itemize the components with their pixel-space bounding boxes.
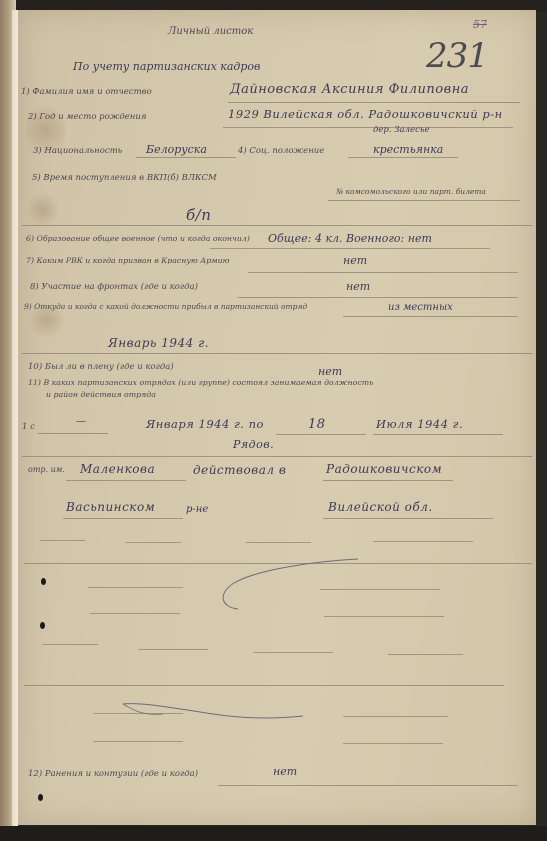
field-11-district2: Васьпинском [66, 500, 155, 514]
field-11-from-day-line [38, 433, 108, 434]
field-4-value: крестьянка [373, 143, 443, 156]
field-11-region-line [323, 518, 493, 519]
blank-line [343, 716, 448, 717]
blank-line [343, 743, 443, 744]
field-11-to-line [373, 434, 503, 435]
field-7-value: нет [343, 254, 367, 267]
field-6-line [210, 248, 490, 249]
field-11-district2-line [63, 518, 183, 519]
punch-hole [41, 578, 46, 585]
blank-line [373, 541, 473, 542]
field-12-label: 12) Ранения и контузии (где и когда) [28, 769, 198, 779]
field-8-line [238, 297, 518, 298]
archive-number-struck: 57 [473, 18, 487, 31]
field-11-role: Рядов. [233, 438, 274, 451]
field-1-label: 1) Фамилия имя и отчество [21, 87, 152, 97]
field-1-value: Дайновская Аксиния Филиповна [230, 82, 469, 97]
field-9-label: 9) Откуда и когда с какой должности приб… [24, 302, 307, 311]
blank-line [93, 741, 183, 742]
document-title: Личный листок [168, 26, 253, 37]
field-11-to-month-year: Июля 1944 г. [376, 417, 463, 431]
field-12-value: нет [273, 765, 297, 778]
document-subtitle: По учету партизанских кадров [73, 60, 260, 73]
field-2-value-line2: дер. Залесье [373, 125, 430, 135]
field-3-label: 3) Национальность [33, 146, 122, 156]
section-divider-2 [22, 353, 532, 354]
pen-stroke-curve [198, 555, 378, 615]
blank-line [126, 542, 181, 543]
field-4-line [348, 157, 458, 158]
blank-line [88, 587, 183, 588]
field-1-line [228, 102, 520, 103]
blank-line [40, 540, 85, 541]
field-9-value: из местных [388, 302, 453, 313]
field-9-value-line2: Январь 1944 г. [108, 336, 209, 350]
document-page: Личный листок 57 231 По учету партизанск… [18, 10, 536, 825]
blank-line [90, 613, 180, 614]
field-11-label-line2: и район действия отряда [46, 390, 156, 399]
field-5-aside-label: № комсомольского или парт. билета [336, 187, 486, 196]
field-8-value: нет [346, 280, 370, 293]
field-2-label: 2) Год и место рождения [28, 112, 147, 122]
section-divider-5 [24, 685, 504, 686]
blank-line [43, 644, 98, 645]
field-11-from-day: — [76, 416, 86, 427]
field-11-from-prefix: 1 с [22, 422, 35, 432]
archive-number: 231 [426, 36, 488, 76]
field-11-unit-name: Маленкова [80, 462, 155, 476]
field-11-district2-suffix: р-не [186, 504, 208, 515]
blank-line [138, 649, 208, 650]
field-11-to-day-line [276, 434, 366, 435]
section-divider-1 [22, 225, 532, 226]
stain [28, 190, 58, 230]
punch-hole [40, 622, 45, 629]
field-11-district1-line [323, 480, 453, 481]
blank-line [388, 654, 463, 655]
field-3-value: Белоруска [146, 143, 207, 156]
field-5-label: 5) Время поступления в ВКП(б) ВЛКСМ [32, 173, 217, 183]
pen-stroke-scribble [93, 700, 323, 730]
field-12-line [218, 785, 518, 786]
field-5-aside-line [328, 200, 520, 201]
field-11-unit-prefix: отр. им. [28, 465, 65, 474]
field-5-value: б/п [186, 206, 211, 224]
field-11-region: Вилейской обл. [328, 500, 433, 514]
field-11-from-month-year: Января 1944 г. по [146, 417, 264, 431]
field-3-line [136, 157, 236, 158]
field-7-line [248, 272, 518, 273]
field-9-line [343, 316, 518, 317]
field-2-value: 1929 Вилейская обл. Радошковичский р-н [228, 107, 503, 121]
field-11-action: действовал в [193, 463, 286, 477]
field-10-value: нет [318, 365, 342, 378]
blank-line [253, 652, 333, 653]
blank-line [324, 616, 444, 617]
field-11-unit-line [66, 480, 186, 481]
field-6-label: 6) Образование общее военное (что и когд… [26, 234, 250, 243]
punch-hole [38, 794, 43, 801]
field-7-label: 7) Каким РВК и когда призван в Красную А… [26, 256, 230, 265]
scan-bottom-border [0, 826, 547, 841]
field-6-value: Общее: 4 кл. Военного: нет [268, 232, 432, 245]
field-11-label: 11) В каких партизанских отрядах (или гр… [28, 378, 373, 387]
field-11-to-day: 18 [308, 417, 326, 432]
field-8-label: 8) Участие на фронтах (где и когда) [30, 282, 198, 292]
field-11-district1: Радошковичском [326, 462, 442, 476]
blank-line [246, 542, 311, 543]
field-4-label: 4) Соц. положение [238, 146, 324, 156]
field-2-line [223, 127, 513, 128]
section-divider-3 [22, 456, 532, 457]
field-10-label: 10) Был ли в плену (где и когда) [28, 362, 174, 372]
